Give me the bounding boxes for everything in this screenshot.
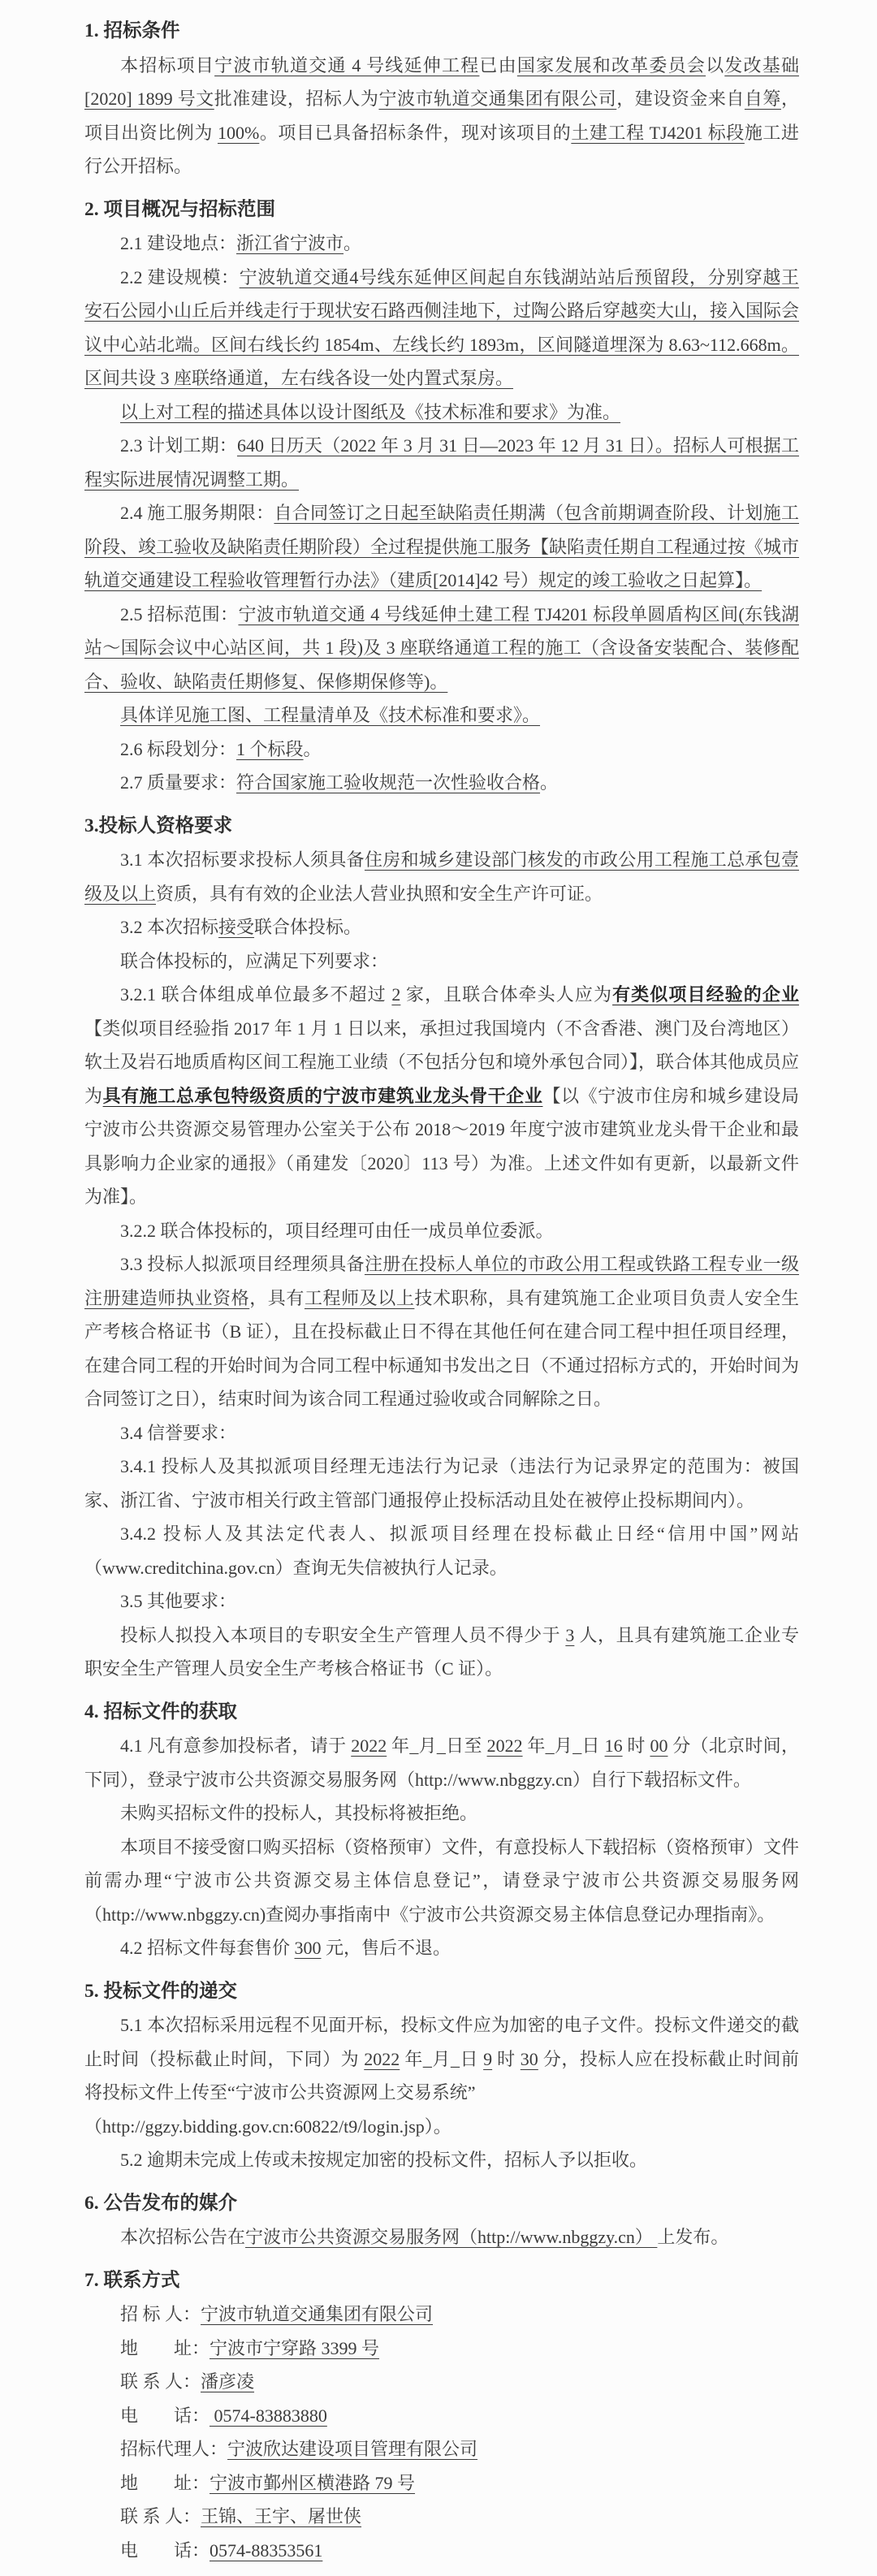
underlined-text: 浙江省宁波市 <box>236 233 343 253</box>
paragraph: 3.3 投标人拟派项目经理须具备注册在投标人单位的市政公用工程或铁路工程专业一级… <box>84 1247 799 1416</box>
underlined-text: 2022 <box>364 2049 400 2069</box>
paragraph: 3.5 其他要求： <box>84 1584 799 1619</box>
text-run: 3.2 本次招标 <box>120 917 218 937</box>
text-run: 时 <box>492 2049 521 2069</box>
text-run: 本项目不接受窗口购买招标（资格预审）文件，有意投标人下载招标（资格预审）文件前需… <box>84 1837 799 1925</box>
text-run: 4. 招标文件的获取 <box>84 1701 237 1722</box>
text-run: 元，售后不退。 <box>322 1938 451 1958</box>
text-run: 2.6 标段划分： <box>120 739 236 759</box>
paragraph: 3.1 本次招标要求投标人须具备住房和城乡建设部门核发的市政公用工程施工总承包壹… <box>84 843 799 910</box>
paragraph: 本项目不接受窗口购买招标（资格预审）文件，有意投标人下载招标（资格预审）文件前需… <box>84 1830 799 1932</box>
text-run: ，具有 <box>249 1288 305 1308</box>
text-run: 电 话： <box>120 2405 210 2426</box>
text-run: 3.3 投标人拟派项目经理须具备 <box>120 1254 365 1274</box>
text-run: 已由 <box>479 55 516 76</box>
text-run: 2.1 建设地点： <box>120 233 236 253</box>
paragraph: 3.2.1 联合体组成单位最多不超过 2 家，且联合体牵头人应为有类似项目经验的… <box>84 978 799 1214</box>
underlined-text: 3 <box>565 1625 574 1645</box>
text-run: 5. 投标文件的递交 <box>84 1981 237 2002</box>
underlined-text: 16 <box>605 1735 623 1756</box>
paragraph: 本次招标公告在宁波市公共资源交易服务网（http://www.nbggzy.cn… <box>84 2220 799 2254</box>
underlined-text: 具有施工总承包特级资质的宁波市建筑业龙头骨干企业 <box>103 1086 543 1106</box>
text-run: 2.5 招标范围： <box>120 604 238 625</box>
paragraph: 招 标 人：宁波市轨道交通集团有限公司 <box>84 2297 799 2332</box>
text-run: 以 <box>706 55 724 76</box>
paragraph: 以上对工程的描述具体以设计图纸及《技术标准和要求》为准。 <box>84 395 799 430</box>
text-run: 3.4 信誉要求： <box>120 1423 236 1443</box>
text-run: 本次招标公告在 <box>120 2227 245 2247</box>
underlined-text: 王锦、王宇、屠世侠 <box>201 2506 361 2526</box>
underlined-text: 符合国家施工验收规范一次性验收合格 <box>236 772 540 793</box>
paragraph: 联合体投标的，应满足下列要求： <box>84 944 799 979</box>
paragraph: 2.7 质量要求：符合国家施工验收规范一次性验收合格。 <box>84 766 799 800</box>
underlined-text: 2022 <box>351 1735 387 1756</box>
text-run: 批准建设，招标人为 <box>214 89 379 109</box>
paragraph: 2.1 建设地点：浙江省宁波市。 <box>84 227 799 261</box>
paragraph: 联 系 人：潘彦凌 <box>84 2365 799 2399</box>
text-run: 联 系 人： <box>120 2506 201 2526</box>
text-run: 地 址： <box>120 2473 210 2493</box>
text-run: 2.2 建设规模： <box>120 267 240 287</box>
underlined-text: 国家发展和改革委员会 <box>517 55 706 76</box>
underlined-text: 2022 <box>487 1735 523 1756</box>
underlined-text: 宁波市宁穿路 3399 号 <box>210 2338 379 2358</box>
section-2-heading: 2. 项目概况与招标范围 <box>84 193 799 227</box>
paragraph: 3.4.1 投标人及其拟派项目经理无违法行为记录（违法行为记录界定的范围为：被国… <box>84 1450 799 1517</box>
text-run: 未购买招标文件的投标人，其投标将被拒绝。 <box>120 1803 477 1823</box>
text-run: 家，且联合体牵头人应为 <box>400 984 612 1005</box>
text-run: 联合体投标。 <box>254 917 361 937</box>
text-run: 1. 招标条件 <box>84 20 180 41</box>
paragraph: 具体详见施工图、工程量清单及《技术标准和要求》。 <box>84 698 799 733</box>
paragraph: 地 址：宁波市鄞州区横港路 79 号 <box>84 2466 799 2500</box>
paragraph: 招标代理人：宁波欣达建设项目管理有限公司 <box>84 2432 799 2466</box>
text-run: 地 址： <box>120 2338 210 2358</box>
underlined-text: 9 <box>483 2049 492 2069</box>
underlined-text: 宁波市轨道交通 4 号线延伸工程 <box>214 55 479 76</box>
underlined-text: 0574-83883880 <box>210 2405 327 2426</box>
underlined-text: 100% <box>218 123 259 143</box>
paragraph: 2.4 施工服务期限：自合同签订之日起至缺陷责任期满（包含前期调查阶段、计划施工… <box>84 496 799 598</box>
underlined-text: 宁波市轨道交通集团有限公司 <box>201 2304 433 2324</box>
underlined-text: 300 <box>295 1938 322 1958</box>
underlined-text: 30 <box>521 2049 538 2069</box>
underlined-text: 土建工程 TJ4201 标段 <box>571 123 744 143</box>
underlined-text: 宁波欣达建设项目管理有限公司 <box>227 2439 477 2459</box>
text-run: 。项目已具备招标条件，现对该项目的 <box>259 123 571 143</box>
text-run: 2.7 质量要求： <box>120 772 236 793</box>
text-run: 3.4.1 投标人及其拟派项目经理无违法行为记录（违法行为记录界定的范围为：被国… <box>84 1456 799 1511</box>
text-run: 电 话： <box>120 2540 210 2561</box>
underlined-text: 宁波市公共资源交易服务网（http://www.nbggzy.cn） <box>245 2227 657 2247</box>
paragraph: 电 话：0574-88353561 <box>84 2534 799 2568</box>
paragraph: 3.2.2 联合体投标的，项目经理可由任一成员单位委派。 <box>84 1214 799 1248</box>
underlined-text: 接受 <box>218 917 254 937</box>
paragraph: （http://ggzy.bidding.gov.cn:60822/t9/log… <box>84 2110 799 2144</box>
text-run: 3.4.2 投标人及其法定代表人、拟派项目经理在投标截止日经“信用中国”网站（w… <box>84 1524 799 1578</box>
text-run: 上发布。 <box>657 2227 728 2247</box>
section-3-heading: 3.投标人资格要求 <box>84 810 799 844</box>
text-run: 3.2.1 联合体组成单位最多不超过 <box>120 984 391 1005</box>
text-run: 3.2.2 联合体投标的，项目经理可由任一成员单位委派。 <box>120 1221 554 1241</box>
paragraph: 未购买招标文件的投标人，其投标将被拒绝。 <box>84 1796 799 1830</box>
text-run: 投标人拟投入本项目的专职安全生产管理人员不得少于 <box>120 1625 565 1645</box>
paragraph: 2.3 计划工期：640 日历天（2022 年 3 月 31 日—2023 年 … <box>84 429 799 496</box>
text-run: 联 系 人： <box>120 2371 201 2392</box>
section-4-heading: 4. 招标文件的获取 <box>84 1696 799 1730</box>
text-run: 时 <box>623 1735 650 1756</box>
text-run: 。 <box>343 233 361 253</box>
paragraph: 投标人拟投入本项目的专职安全生产管理人员不得少于 3 人，且具有建筑施工企业专职… <box>84 1619 799 1686</box>
paragraph: 2.2 建设规模：宁波轨道交通4号线东延伸区间起自东钱湖站站后预留段，分别穿越王… <box>84 261 799 395</box>
text-run: （http://ggzy.bidding.gov.cn:60822/t9/log… <box>84 2116 451 2137</box>
text-run: 本招标项目 <box>120 55 214 76</box>
text-run: 4.1 凡有意参加投标者，请于 <box>120 1735 351 1756</box>
paragraph: 5.2 逾期未完成上传或未按规定加密的投标文件，招标人予以拒收。 <box>84 2143 799 2177</box>
underlined-text: 2 <box>391 984 400 1005</box>
text-run: 3.5 其他要求： <box>120 1591 236 1611</box>
paragraph: 3.4.2 投标人及其法定代表人、拟派项目经理在投标截止日经“信用中国”网站（w… <box>84 1517 799 1584</box>
underlined-text: 宁波市轨道交通集团有限公司 <box>378 89 616 109</box>
underlined-text: 宁波市鄞州区横港路 79 号 <box>210 2473 415 2493</box>
text-run: 招 标 人： <box>120 2304 201 2324</box>
paragraph: 本招标项目宁波市轨道交通 4 号线延伸工程已由国家发展和改革委员会以发改基础[2… <box>84 49 799 184</box>
text-run: 4.2 招标文件每套售价 <box>120 1938 295 1958</box>
underlined-text: 0574-88353561 <box>210 2540 322 2561</box>
paragraph: 2.6 标段划分：1 个标段。 <box>84 733 799 767</box>
text-run: 联合体投标的，应满足下列要求： <box>120 951 388 971</box>
underlined-text: 自筹 <box>745 89 781 109</box>
underlined-text: 1 个标段 <box>236 739 304 759</box>
paragraph: 2.5 招标范围：宁波市轨道交通 4 号线延伸土建工程 TJ4201 标段单圆盾… <box>84 598 799 699</box>
text-run: 2.4 施工服务期限： <box>120 503 274 523</box>
text-run: 3.1 本次招标要求投标人须具备 <box>120 849 365 870</box>
paragraph: 电 话： 0574-83883880 <box>84 2399 799 2433</box>
text-run: 7. 联系方式 <box>84 2270 180 2291</box>
underlined-text: 有类似项目经验的企业 <box>612 984 799 1005</box>
text-run: ，建设资金来自 <box>616 89 745 109</box>
section-1-heading: 1. 招标条件 <box>84 15 799 49</box>
paragraph: 联 系 人：王锦、王宇、屠世侠 <box>84 2500 799 2534</box>
text-run: 。 <box>304 739 322 759</box>
text-run: 年_月_日 <box>400 2049 483 2069</box>
underlined-text: 以上对工程的描述具体以设计图纸及《技术标准和要求》为准。 <box>120 402 620 422</box>
section-5-heading: 5. 投标文件的递交 <box>84 1975 799 2009</box>
paragraph: 3.4 信誉要求： <box>84 1416 799 1450</box>
text-run: 6. 公告发布的媒介 <box>84 2193 237 2214</box>
paragraph: 4.2 招标文件每套售价 300 元，售后不退。 <box>84 1931 799 1965</box>
text-run: 。 <box>540 772 558 793</box>
paragraph: 5.1 本次招标采用远程不见面开标，投标文件应为加密的电子文件。投标文件递交的截… <box>84 2008 799 2110</box>
paragraph: 3.2 本次招标接受联合体投标。 <box>84 910 799 944</box>
document-body: 1. 招标条件本招标项目宁波市轨道交通 4 号线延伸工程已由国家发展和改革委员会… <box>84 15 799 2567</box>
text-run: 2.3 计划工期： <box>120 435 237 456</box>
underlined-text: 工程师及以上 <box>305 1288 414 1308</box>
section-7-heading: 7. 联系方式 <box>84 2264 799 2298</box>
paragraph: 4.1 凡有意参加投标者，请于 2022 年_月_日至 2022 年_月_日 1… <box>84 1729 799 1796</box>
section-6-heading: 6. 公告发布的媒介 <box>84 2187 799 2221</box>
underlined-text: 具体详见施工图、工程量清单及《技术标准和要求》。 <box>120 705 540 725</box>
text-run: 3.投标人资格要求 <box>84 815 232 836</box>
underlined-text: 潘彦凌 <box>201 2371 254 2392</box>
paragraph: 地 址：宁波市宁穿路 3399 号 <box>84 2332 799 2366</box>
text-run: 2. 项目概况与招标范围 <box>84 199 275 220</box>
underlined-text: 00 <box>650 1735 667 1756</box>
tender-notice-page: 1. 招标条件本招标项目宁波市轨道交通 4 号线延伸工程已由国家发展和改革委员会… <box>0 0 877 2576</box>
text-run: 年_月_日至 <box>387 1735 486 1756</box>
text-run: 年_月_日 <box>523 1735 605 1756</box>
text-run: 5.2 逾期未完成上传或未按规定加密的投标文件，招标人予以拒收。 <box>120 2150 647 2170</box>
text-run: 招标代理人： <box>120 2439 227 2459</box>
text-run: 资质，具有有效的企业法人营业执照和安全生产许可证。 <box>156 884 603 904</box>
